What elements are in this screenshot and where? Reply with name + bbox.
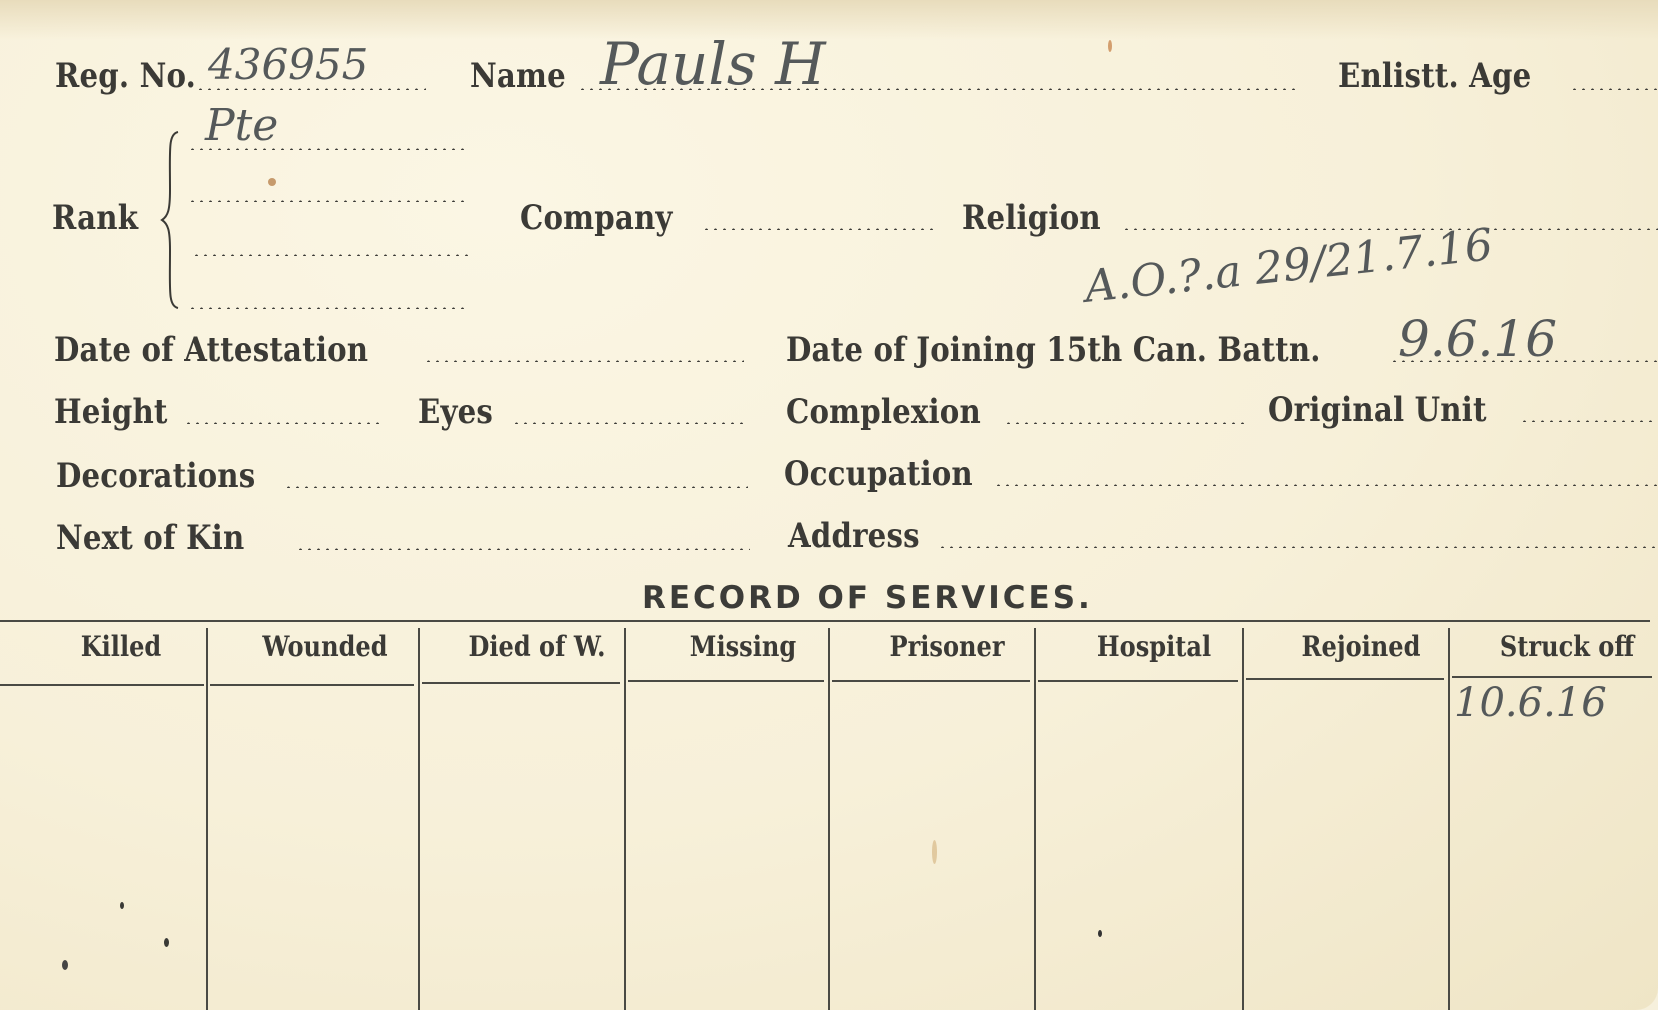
rank-line-3 [192,254,472,256]
address-label: Address [788,516,920,556]
next-of-kin-label: Next of Kin [56,518,244,558]
handwritten-annotation: A.O.?.a 29/21.7.16 [1082,219,1495,313]
height-label: Height [54,392,168,432]
decorations-line [284,486,748,488]
date-of-attestation-line [424,360,744,362]
occupation-line [994,484,1658,486]
column-header-rejoined: Rejoined [1272,630,1449,663]
column-divider [1034,628,1036,1010]
header-underline [628,680,824,682]
paper-speck [1098,930,1102,937]
name-label: Name [470,56,566,96]
date-of-joining-value: 9.6.16 [1398,310,1557,368]
occupation-label: Occupation [784,454,973,494]
header-underline [1246,678,1444,680]
column-header-killed: Killed [32,630,209,663]
header-underline [210,684,414,686]
original-unit-line [1520,420,1658,422]
religion-label: Religion [962,198,1101,238]
column-header-hospital: Hospital [1065,630,1244,663]
original-unit-label: Original Unit [1268,390,1487,430]
column-header-struck-off: Struck off [1477,630,1658,663]
height-line [184,422,384,424]
header-underline [422,682,620,684]
next-of-kin-line [296,548,750,550]
paper-stain [932,840,937,864]
rank-line-1 [188,148,468,150]
reg-no-value: 436955 [208,40,368,89]
paper-speck [120,902,124,909]
rank-brace-icon [160,130,182,310]
date-of-attestation-label: Date of Attestation [54,330,368,370]
column-header-died-of-wounds: Died of W. [447,630,628,663]
complexion-line [1004,422,1244,424]
complexion-label: Complexion [786,392,981,432]
eyes-line [512,422,748,424]
rank-line-4 [188,307,468,309]
record-of-services-title: RECORD OF SERVICES. [642,580,1093,616]
column-divider [1242,628,1244,1010]
header-underline [0,684,204,686]
header-underline [1038,680,1238,682]
column-divider [1448,628,1450,1010]
column-header-missing: Missing [654,630,831,663]
rank-line-2 [188,200,468,202]
date-of-joining-label: Date of Joining 15th Can. Battn. [786,330,1321,370]
rank-label: Rank [52,198,138,238]
paper-stain [1108,40,1112,52]
company-line [702,228,934,230]
address-line [938,546,1658,548]
paper-speck [62,960,68,970]
paper-speck [164,938,169,947]
struck-off-value: 10.6.16 [1454,680,1607,726]
reg-no-label: Reg. No. [55,56,196,96]
header-underline [832,680,1030,682]
column-header-wounded: Wounded [236,630,413,663]
decorations-label: Decorations [56,456,255,496]
header-underline [1452,676,1652,678]
column-header-prisoner: Prisoner [858,630,1035,663]
column-divider [828,628,830,1010]
service-record-card: Reg. No. 436955 Name Pauls H Enlistt. Ag… [0,0,1658,1010]
enlist-age-label: Enlistt. Age [1338,56,1531,96]
rank-value: Pte [205,100,278,151]
eyes-label: Eyes [418,392,493,432]
column-divider [206,628,208,1010]
name-value: Pauls H [600,30,826,98]
column-divider [418,628,420,1010]
table-top-rule [0,620,1650,622]
enlist-age-line [1570,88,1658,90]
paper-stain [268,178,276,186]
column-divider [624,628,626,1010]
company-label: Company [520,198,673,238]
